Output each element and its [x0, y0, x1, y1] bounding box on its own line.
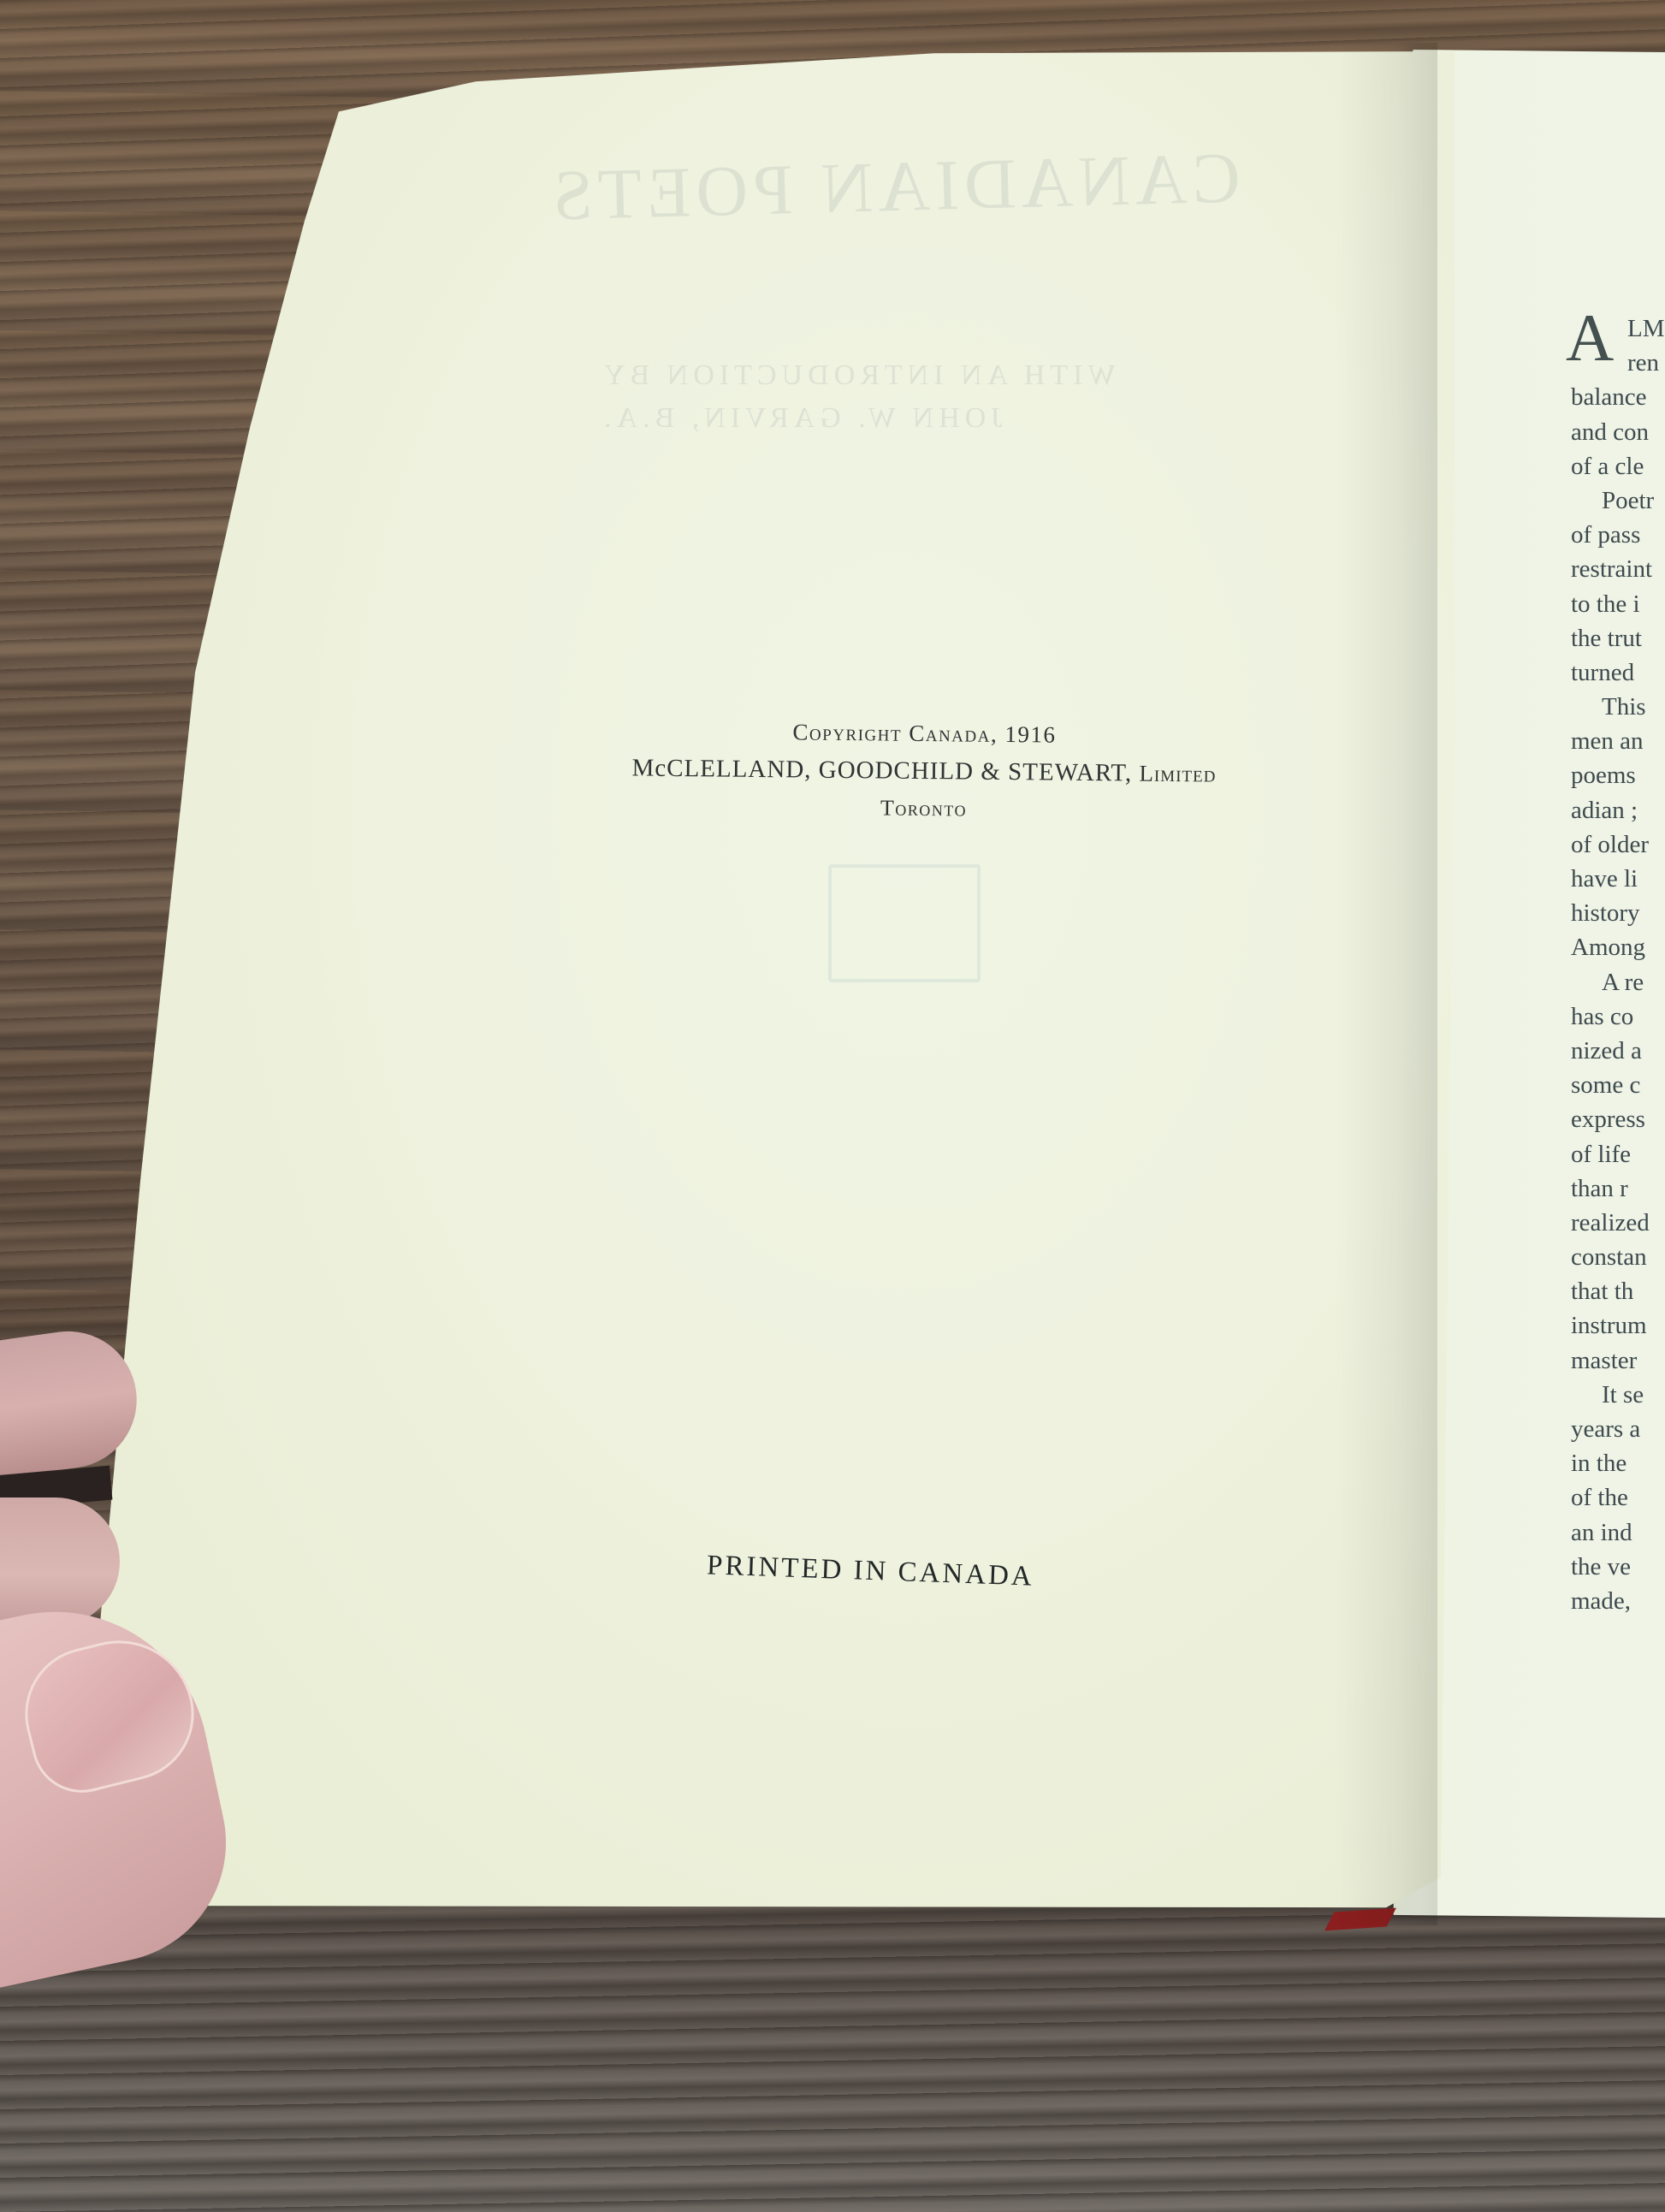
text-line: realized	[1571, 1206, 1665, 1240]
text-line: express	[1571, 1102, 1665, 1136]
text-line: instrum	[1571, 1308, 1665, 1343]
bleed-through-line: WITH AN INTRODUCTION BY	[599, 359, 1116, 392]
text-line: that th	[1571, 1274, 1665, 1308]
bleed-through-line: JOHN W. GARVIN, B.A.	[599, 402, 1002, 435]
text-line: and con	[1571, 415, 1665, 449]
text-line: adian ;	[1571, 793, 1665, 827]
text-line: some c	[1571, 1068, 1665, 1102]
text-line: constan	[1571, 1240, 1665, 1274]
text-line: This	[1571, 690, 1665, 724]
publisher-city: Toronto	[547, 786, 1300, 831]
text-line: made,	[1571, 1584, 1665, 1618]
text-line: nized a	[1571, 1034, 1665, 1068]
text-line: has co	[1571, 999, 1665, 1034]
text-line: than r	[1571, 1171, 1665, 1206]
text-line: the ve	[1571, 1550, 1665, 1584]
text-line: ren	[1571, 346, 1665, 380]
text-line: an ind	[1571, 1515, 1665, 1550]
text-line: of pass	[1571, 518, 1665, 552]
page-fold-shadow	[1335, 43, 1437, 1925]
text-line: A re	[1571, 965, 1665, 999]
publisher-emblem-ghost-icon	[828, 864, 981, 982]
text-line: the trut	[1571, 621, 1665, 655]
text-line: turned	[1571, 655, 1665, 690]
left-page	[86, 51, 1455, 1934]
text-line: men an	[1571, 724, 1665, 758]
text-line: Poetr	[1571, 483, 1665, 518]
text-line: history	[1571, 896, 1665, 930]
text-line: in the	[1571, 1446, 1665, 1480]
text-line: Among	[1571, 930, 1665, 964]
publisher-line: McCLELLAND, GOODCHILD & STEWART, Limited	[548, 748, 1301, 793]
text-line: It se	[1571, 1378, 1665, 1412]
right-page-text: LM ren balance and con of a cle Poetr of…	[1571, 311, 1665, 1618]
text-line: balance	[1571, 380, 1665, 414]
text-line: of a cle	[1571, 449, 1665, 483]
copyright-notice: Copyright Canada, 1916 McCLELLAND, GOODC…	[547, 710, 1301, 831]
text-line: to the i	[1571, 587, 1665, 621]
text-line: of the	[1571, 1480, 1665, 1515]
publisher-suffix: Limited	[1139, 761, 1216, 787]
text-line: years a	[1571, 1412, 1665, 1446]
publisher-name: McCLELLAND, GOODCHILD & STEWART,	[631, 754, 1132, 786]
text-line: LM	[1571, 311, 1665, 346]
text-line: of life	[1571, 1137, 1665, 1171]
text-line: master	[1571, 1343, 1665, 1378]
text-line: restraint	[1571, 552, 1665, 586]
text-line: have li	[1571, 862, 1665, 896]
text-line: of older	[1571, 827, 1665, 862]
text-line: poems	[1571, 758, 1665, 792]
